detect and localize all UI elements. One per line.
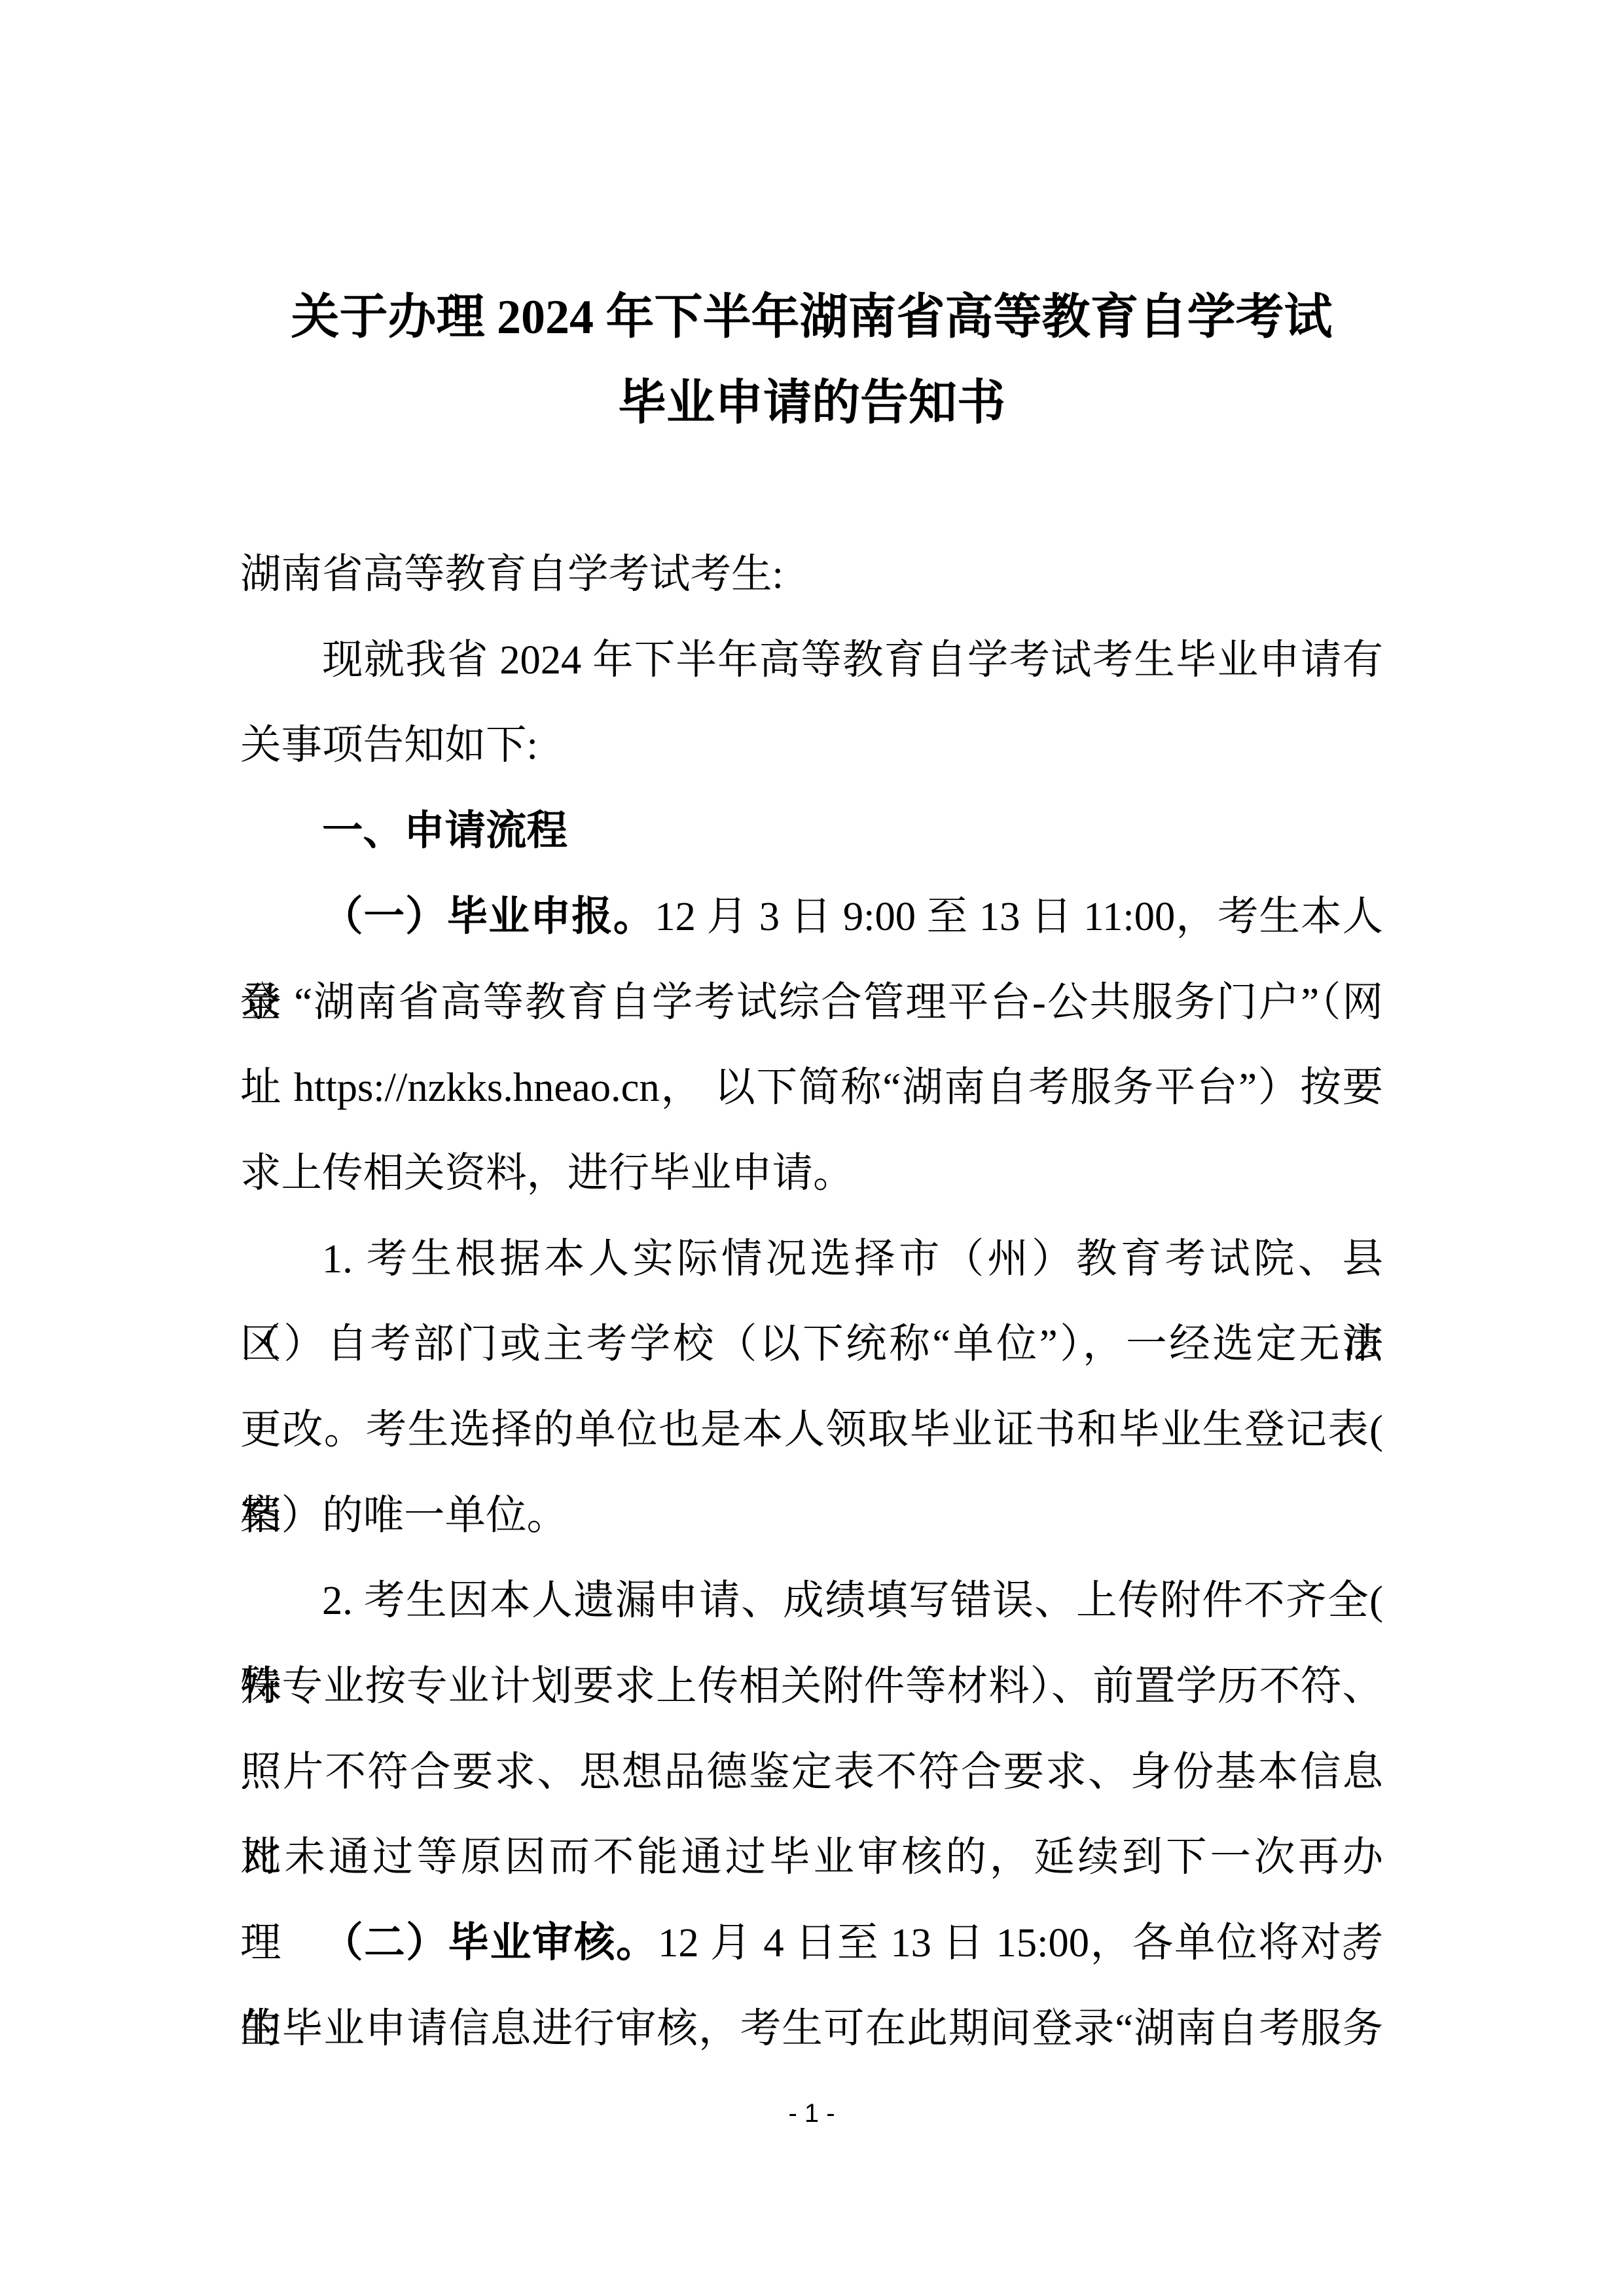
para-1-line-4: 求上传相关资料，进行毕业申请。 xyxy=(240,1130,1383,1216)
item-2-line-3: 照片不符合要求、思想品德鉴定表不符合要求、身份基本信息比 xyxy=(240,1729,1383,1815)
item-1-line-1: 1. 考生根据本人实际情况选择市（州）教育考试院、县（市 xyxy=(240,1216,1383,1302)
para-1-lead-bold: （一）毕业申报。 xyxy=(322,893,655,939)
intro-line-1: 现就我省 2024 年下半年高等教育自学考试考生毕业申请有 xyxy=(240,617,1383,703)
para-1-line-3-rest: ， 以下简称“湖南自考服务平台”）按要 xyxy=(660,1064,1383,1110)
para-1-line-2: 录 “湖南省高等教育自学考试综合管理平台-公共服务门户”（网 xyxy=(240,960,1383,1045)
section-1-heading: 一、申请流程 xyxy=(240,788,1383,874)
para-1-line-1: （一）毕业申报。12 月 3 日 9:00 至 13 日 11:00，考生本人登 xyxy=(240,874,1383,960)
para-1-line-3-prefix: 址 xyxy=(240,1064,294,1110)
para-2-line-2: 的毕业申请信息进行审核，考生可在此期间登录“湖南自考服务 xyxy=(240,1986,1383,2072)
document-title-line-1: 关于办理 2024 年下半年湖南省高等教育自学考试 xyxy=(240,275,1383,361)
para-2-line-1: （二）毕业审核。12 月 4 日至 13 日 15:00，各单位将对考生 xyxy=(240,1900,1383,1986)
blank-line xyxy=(240,446,1383,531)
item-2-line-4: 对未通过等原因而不能通过毕业审核的，延续到下一次再办理。 xyxy=(240,1814,1383,1900)
item-1-line-4: 案）的唯一单位。 xyxy=(240,1473,1383,1558)
para-1-line-3: 址 https://nzkks.hneao.cn， 以下简称“湖南自考服务平台”… xyxy=(240,1045,1383,1130)
document-page: 关于办理 2024 年下半年湖南省高等教育自学考试 毕业申请的告知书 湖南省高等… xyxy=(0,0,1624,2296)
item-1-line-2: 区）自考部门或主考学校（以下统称“单位”），一经选定无法 xyxy=(240,1301,1383,1387)
page-number: - 1 - xyxy=(240,2071,1383,2157)
document-title-line-2: 毕业申请的告知书 xyxy=(240,361,1383,446)
item-1-line-3: 更改。考生选择的单位也是本人领取毕业证书和毕业生登记表( 档 xyxy=(240,1387,1383,1473)
intro-line-2: 关事项告知如下: xyxy=(240,702,1383,788)
salutation: 湖南省高等教育自学考试考生: xyxy=(240,531,1383,617)
item-2-line-1: 2. 考生因本人遗漏申请、成绩填写错误、上传附件不齐全( 特 xyxy=(240,1558,1383,1643)
item-2-line-2: 殊专业按专业计划要求上传相关附件等材料）、前置学历不符、 xyxy=(240,1643,1383,1729)
portal-url-text: https://nzkks.hneao.cn xyxy=(294,1064,660,1110)
notice-body: 关于办理 2024 年下半年湖南省高等教育自学考试 毕业申请的告知书 湖南省高等… xyxy=(240,275,1383,2157)
para-2-lead-bold: （二）毕业审核。 xyxy=(322,1920,658,1965)
